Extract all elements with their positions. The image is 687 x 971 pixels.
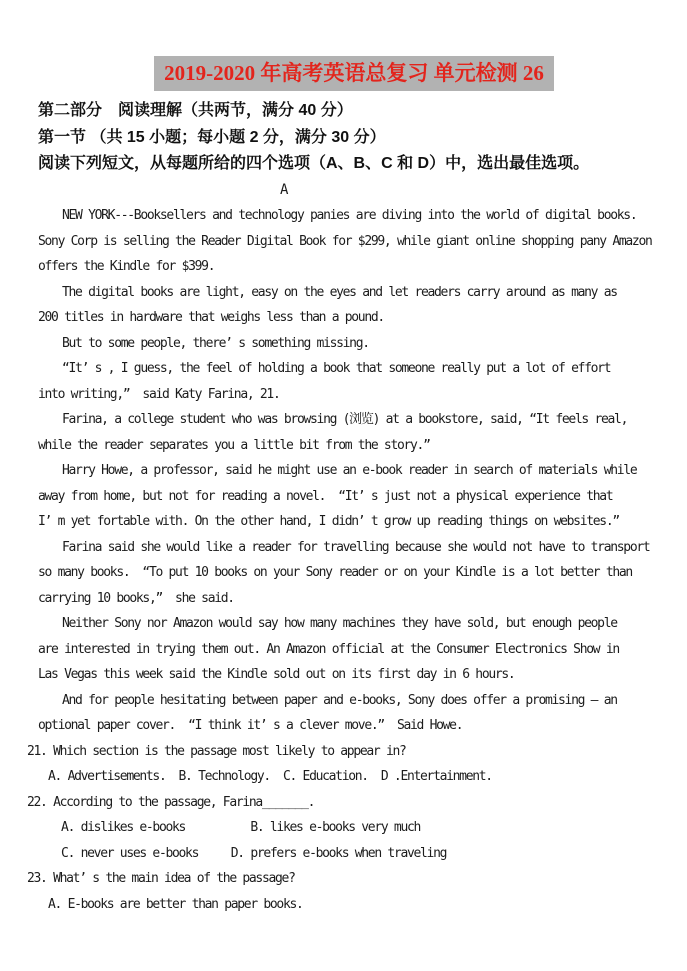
passage-line: Sony Corp is selling the Reader Digital … <box>27 229 681 255</box>
passage-line: I’ m yet fortable with. On the other han… <box>27 509 681 535</box>
passage-line: NEW YORK---Booksellers and technology pa… <box>27 203 681 229</box>
passage-line: are interested in trying them out. An Am… <box>27 637 681 663</box>
question-options-line: A. Advertisements. B. Technology. C. Edu… <box>27 764 681 790</box>
questions: 21. Which section is the passage most li… <box>27 739 681 918</box>
passage-line: But to some people, there’ s something m… <box>27 331 681 357</box>
passage-line: offers the Kindle for $399. <box>27 254 681 280</box>
passage-line: Harry Howe, a professor, said he might u… <box>27 458 681 484</box>
passage-line: 200 titles in hardware that weighs less … <box>27 305 681 331</box>
question-stem: 21. Which section is the passage most li… <box>27 739 681 765</box>
passage-line: Farina said she would like a reader for … <box>27 535 681 561</box>
passage-line: Farina, a college student who was browsi… <box>27 407 681 433</box>
passage: NEW YORK---Booksellers and technology pa… <box>27 203 681 739</box>
passage-line: so many books. “To put 10 books on your … <box>27 560 681 586</box>
reading-instruction: 阅读下列短文，从每题所给的四个选项（A、B、C 和 D）中，选出最佳选项。 <box>27 151 681 178</box>
passage-label: A <box>27 178 681 204</box>
passage-line: away from home, but not for reading a no… <box>27 484 681 510</box>
passage-line: The digital books are light, easy on the… <box>27 280 681 306</box>
question-options-line: C. never uses e-books D. prefers e-books… <box>27 841 681 867</box>
passage-line: Las Vegas this week said the Kindle sold… <box>27 662 681 688</box>
question-options-line: A. dislikes e-books B. likes e-books ver… <box>27 815 681 841</box>
document-page: 2019-2020 年高考英语总复习 单元检测 26 第二部分 阅读理解（共两节… <box>0 0 687 971</box>
section-heading-part2: 第二部分 阅读理解（共两节，满分 40 分） <box>27 98 681 125</box>
passage-line: “It’ s , I guess, the feel of holding a … <box>27 356 681 382</box>
passage-line: And for people hesitating between paper … <box>27 688 681 714</box>
passage-line: into writing,” said Katy Farina, 21. <box>27 382 681 408</box>
title-row: 2019-2020 年高考英语总复习 单元检测 26 <box>27 0 681 91</box>
question-stem: 23. What’ s the main idea of the passage… <box>27 866 681 892</box>
passage-line: Neither Sony nor Amazon would say how ma… <box>27 611 681 637</box>
section-heading-node1: 第一节 （共 15 小题；每小题 2 分，满分 30 分） <box>27 125 681 152</box>
passage-line: carrying 10 books,” she said. <box>27 586 681 612</box>
passage-line: while the reader separates you a little … <box>27 433 681 459</box>
page-title: 2019-2020 年高考英语总复习 单元检测 26 <box>154 56 554 91</box>
question-stem: 22. According to the passage, Farina____… <box>27 790 681 816</box>
question-options-line: A. E-books are better than paper books. <box>27 892 681 918</box>
passage-line: optional paper cover. “I think it’ s a c… <box>27 713 681 739</box>
